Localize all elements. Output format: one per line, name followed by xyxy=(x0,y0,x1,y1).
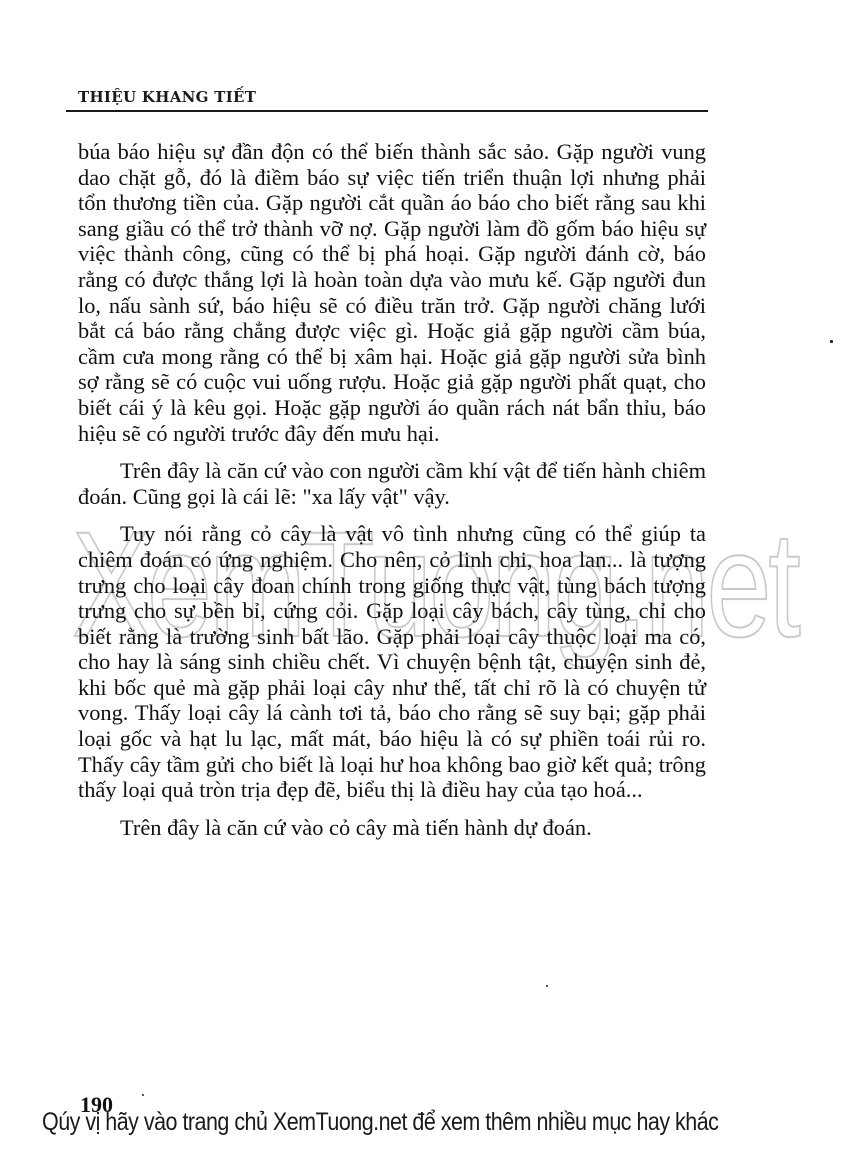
paragraph-4: Trên đây là căn cứ vào cỏ cây mà tiến hà… xyxy=(78,815,706,841)
scan-speck xyxy=(830,340,833,343)
scan-speck xyxy=(546,985,548,987)
paragraph-2: Trên đây là căn cứ vào con người cầm khí… xyxy=(78,458,706,509)
scan-speck xyxy=(142,1094,144,1096)
book-page: THIỆU KHANG TIẾT XemTuong.net búa báo hi… xyxy=(0,0,850,1149)
paragraph-3: Tuy nói rằng cỏ cây là vật vô tình nhưng… xyxy=(78,521,706,803)
body-text: búa báo hiệu sự đần độn có thể biến thàn… xyxy=(78,139,706,840)
paragraph-1: búa báo hiệu sự đần độn có thể biến thàn… xyxy=(78,139,706,446)
header-rule xyxy=(66,110,708,112)
site-promo-banner: Qúy vị hãy vào trang chủ XemTuong.net để… xyxy=(42,1108,718,1137)
running-head-title: THIỆU KHANG TIẾT xyxy=(78,88,256,106)
